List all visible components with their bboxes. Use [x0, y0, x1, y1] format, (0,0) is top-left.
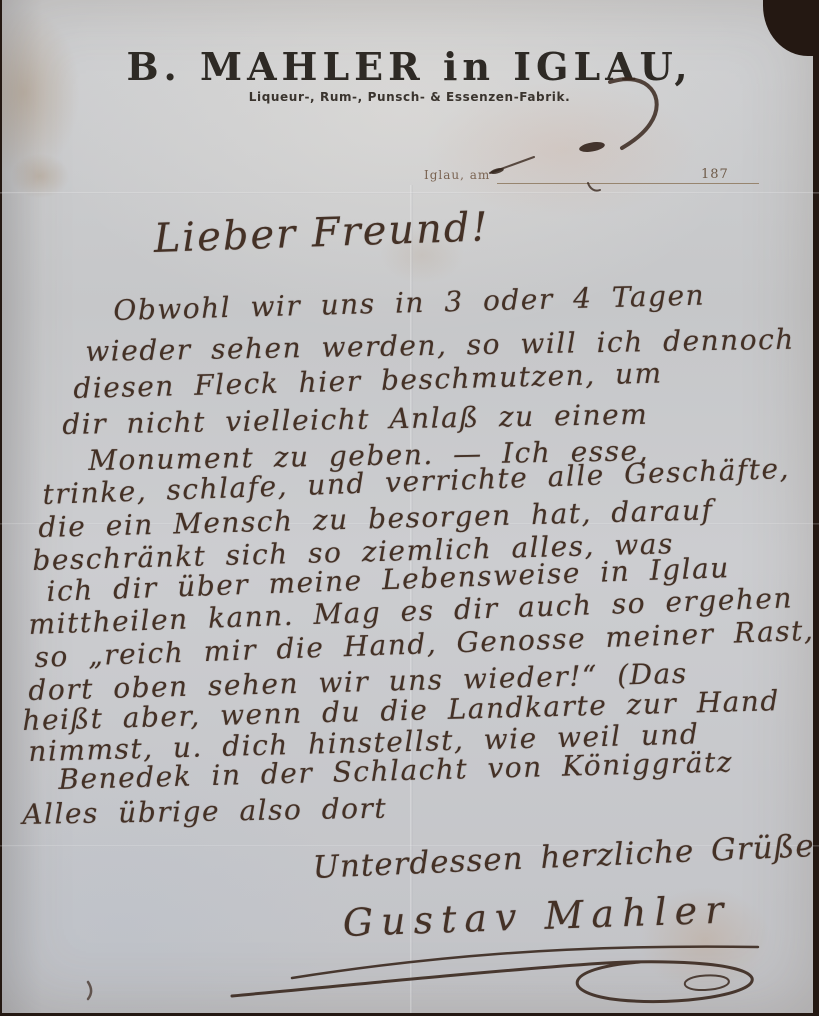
- dateline-year-prefix: 187: [701, 167, 729, 182]
- letterhead-subtitle: Liqueur-, Rum-, Punsch- & Essenzen-Fabri…: [0, 90, 819, 104]
- handwritten-line: Alles übrige also dort: [22, 792, 387, 831]
- letter-photograph: B. MAHLER in IGLAU, Liqueur-, Rum-, Puns…: [0, 0, 819, 1016]
- dateline-place-label: Iglau, am: [424, 168, 490, 182]
- letterhead-company-name: B. MAHLER in IGLAU,: [0, 44, 819, 89]
